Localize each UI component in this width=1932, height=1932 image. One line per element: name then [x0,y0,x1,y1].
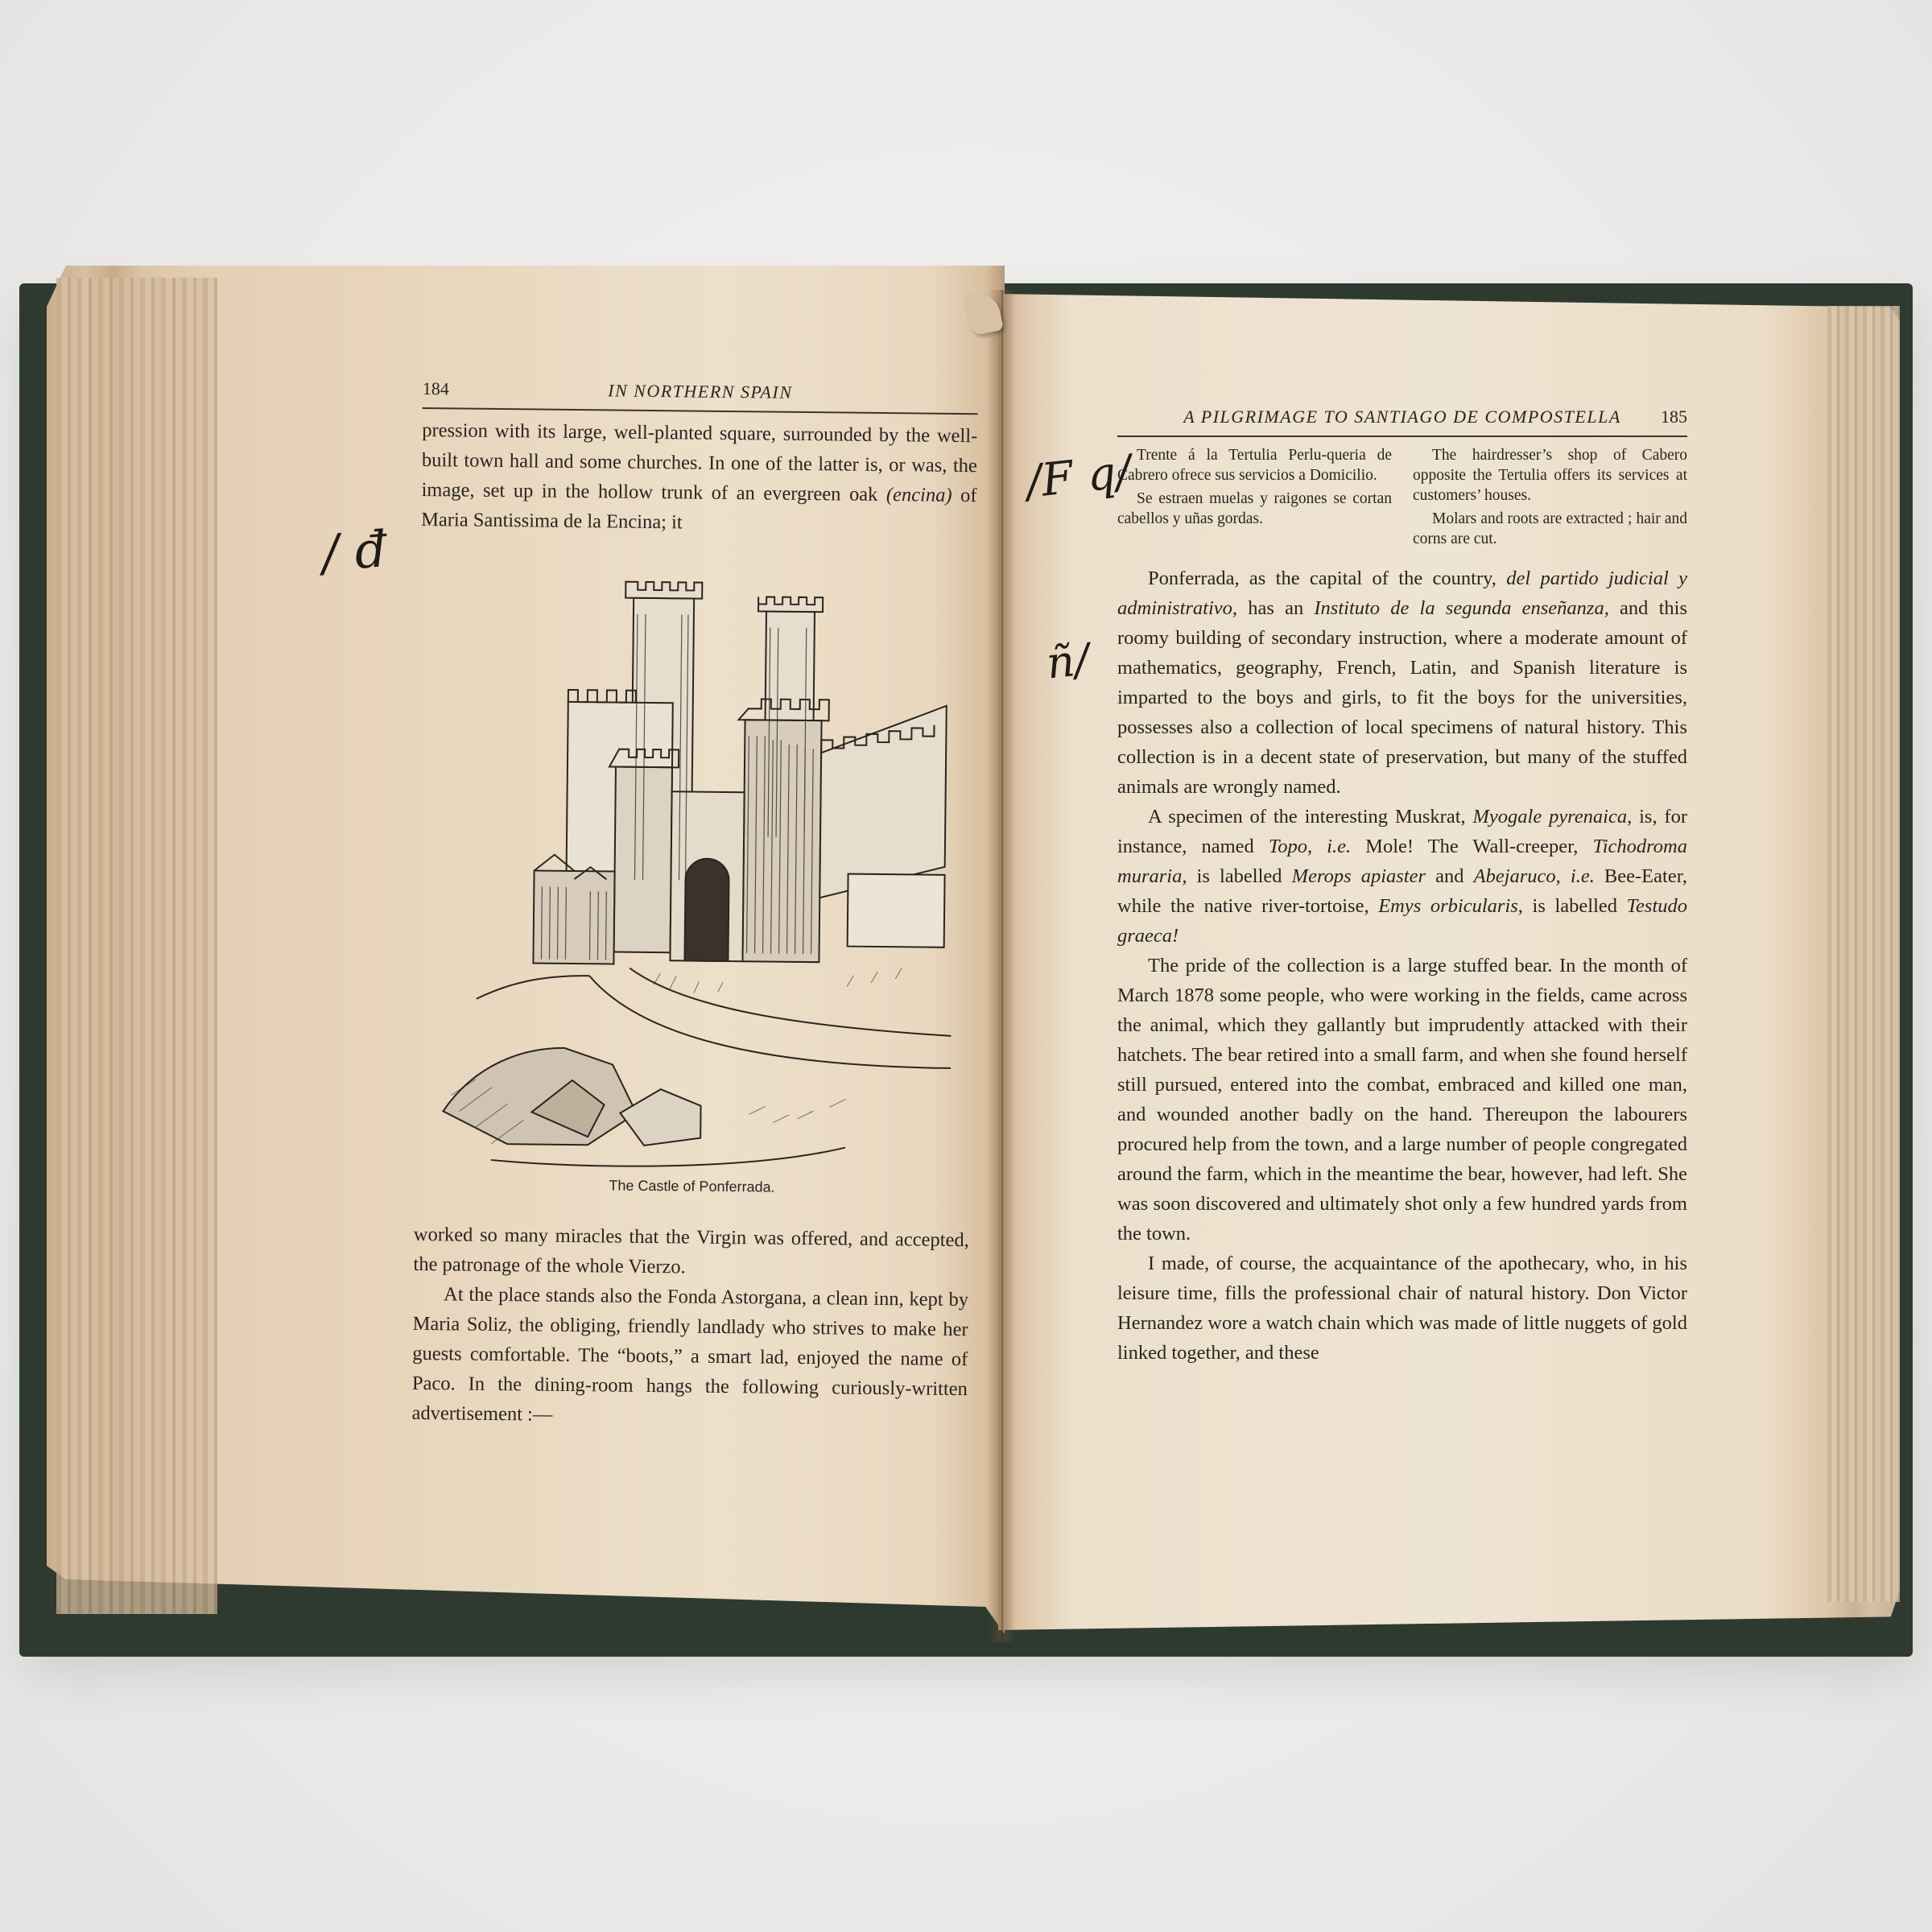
running-head-title-left: IN NORTHERN SPAIN [449,378,952,405]
right-page-edges [1827,306,1900,1602]
left-running-head: 184 IN NORTHERN SPAIN 000 [423,378,978,415]
handwritten-margin-note-right-2: ñ/ [1044,634,1092,688]
right-page: 000 A PILGRIMAGE TO SANTIAGO DE COMPOSTE… [1117,407,1687,1368]
castle-drawing-icon [427,547,964,1173]
advertisement-block: Trente á la Tertulia Perlu-queria de Cab… [1117,445,1687,552]
advert-spanish-line: Trente á la Tertulia Perlu-queria de Cab… [1117,445,1392,485]
left-paragraph-1: pression with its large, well-planted sq… [421,415,978,540]
page-number-left: 184 [423,378,449,399]
left-paragraph-3: At the place stands also the Fonda Astor… [411,1279,968,1434]
running-head-title-right: A PILGRIMAGE TO SANTIAGO DE COMPOSTELLA [1144,407,1661,427]
right-paragraph-3: The pride of the collection is a large s… [1117,951,1687,1249]
right-paragraph-4: I made, of course, the acquaintance of t… [1117,1249,1687,1368]
left-paragraph-2: worked so many miracles that the Virgin … [413,1220,969,1285]
right-paragraph-1: Ponferrada, as the capital of the countr… [1117,563,1687,802]
advert-english-column: The hairdresser’s shop of Cabero opposit… [1413,445,1687,552]
left-page: 184 IN NORTHERN SPAIN 000 pression with … [411,378,978,1434]
handwritten-margin-note-right-1: /F q/ [1024,445,1133,508]
advert-english-line: Molars and roots are extracted ; hair an… [1413,509,1687,549]
illustration-caption: The Castle of Ponferrada. [414,1175,969,1198]
castle-illustration [427,547,964,1173]
advert-spanish-column: Trente á la Tertulia Perlu-queria de Cab… [1117,445,1392,552]
advert-spanish-line: Se estraen muelas y raigones se cortan c… [1117,489,1392,529]
right-running-head: 000 A PILGRIMAGE TO SANTIAGO DE COMPOSTE… [1117,407,1687,437]
left-page-edges [56,278,217,1614]
page-number-right: 185 [1661,407,1687,427]
book-gutter [989,290,1016,1642]
handwritten-margin-note-left: / đ [320,519,389,582]
right-paragraph-2: A specimen of the interesting Muskrat, M… [1117,802,1687,951]
advert-english-line: The hairdresser’s shop of Cabero opposit… [1413,445,1687,506]
